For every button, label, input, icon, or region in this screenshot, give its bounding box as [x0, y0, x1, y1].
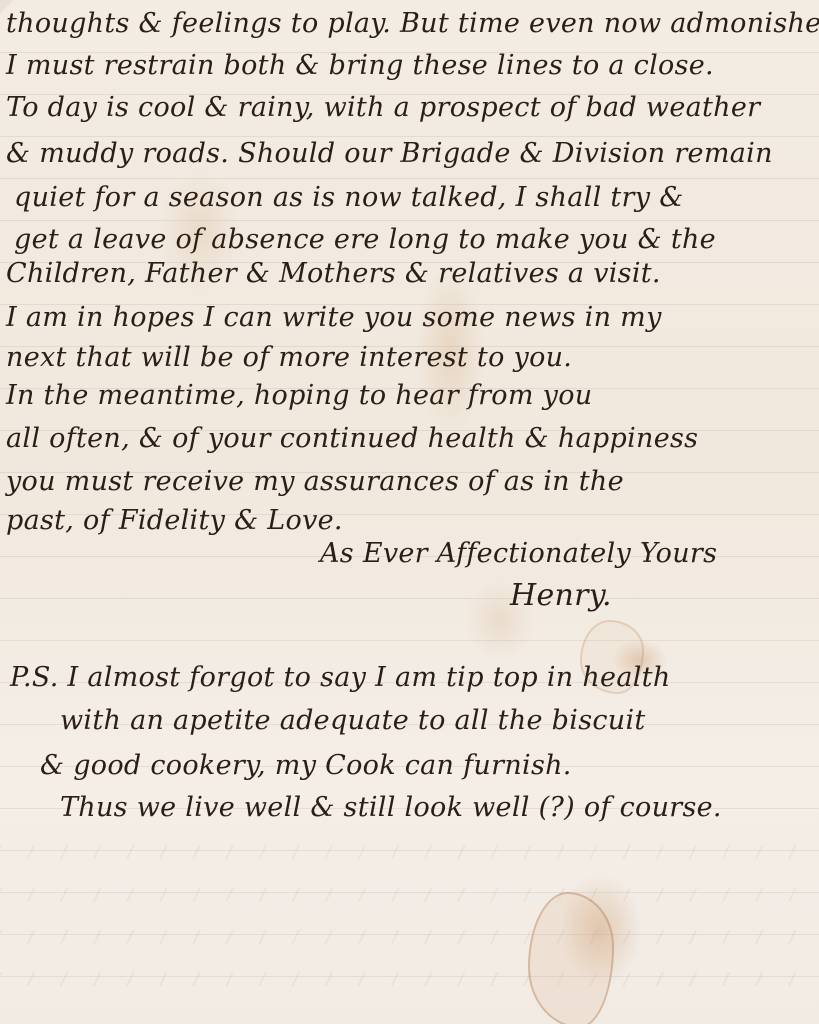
postscript-line: P.S. I almost forgot to say I am tip top… — [10, 662, 671, 693]
letter-closing: As Ever Affectionately Yours — [320, 538, 717, 569]
ink-bleed-through — [0, 888, 819, 902]
ink-bleed-through — [0, 972, 819, 986]
ruled-line — [0, 598, 819, 599]
ruled-line — [0, 220, 819, 221]
postscript-line: Thus we live well & still look well (?) … — [60, 792, 722, 823]
letter-line: To day is cool & rainy, with a prospect … — [6, 92, 760, 123]
signature: Henry. — [510, 578, 612, 613]
postscript-line: & good cookery, my Cook can furnish. — [40, 750, 572, 781]
water-stain — [528, 892, 614, 1024]
ink-bleed-through — [0, 845, 819, 859]
letter-line: & muddy roads. Should our Brigade & Divi… — [6, 138, 773, 169]
ruled-line — [0, 136, 819, 137]
letter-page: thoughts & feelings to play. But time ev… — [0, 0, 819, 1024]
letter-line: get a leave of absence ere long to make … — [14, 224, 716, 255]
letter-line: all often, & of your continued health & … — [6, 423, 698, 454]
ink-bleed-through — [0, 930, 819, 944]
letter-line: thoughts & feelings to play. But time ev… — [6, 8, 819, 39]
letter-line: next that will be of more interest to yo… — [6, 342, 572, 373]
letter-line: I am in hopes I can write you some news … — [6, 302, 662, 333]
letter-line: you must receive my assurances of as in … — [6, 466, 624, 497]
letter-line: past, of Fidelity & Love. — [6, 505, 343, 536]
letter-line: In the meantime, hoping to hear from you — [6, 380, 592, 411]
letter-line: quiet for a season as is now talked, I s… — [14, 182, 684, 213]
postscript-line: with an apetite adequate to all the bisc… — [60, 705, 646, 736]
letter-line: Children, Father & Mothers & relatives a… — [6, 258, 661, 289]
letter-line: I must restrain both & bring these lines… — [6, 50, 714, 81]
ruled-line — [0, 640, 819, 641]
ruled-line — [0, 178, 819, 179]
